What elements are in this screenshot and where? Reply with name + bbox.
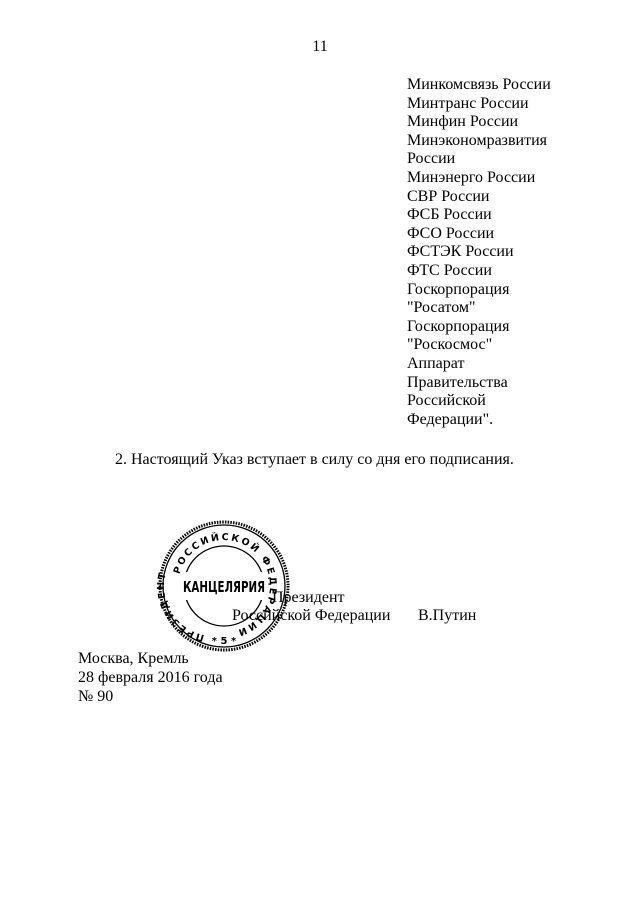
official-stamp: РОССИЙСКОЙ ФЕДЕРАЦИИ ПРЕЗИДЕНТ КАНЦЕЛЯРИ… (156, 518, 292, 654)
recipient-item: ФСТЭК России (407, 243, 551, 262)
page-number: 11 (0, 37, 640, 57)
stamp-center-text: КАНЦЕЛЯРИЯ (183, 578, 265, 596)
recipient-item: ФСО России (407, 225, 551, 244)
recipient-item: Минтранс России (407, 95, 551, 114)
recipient-item: Аппарат (407, 355, 551, 374)
signature-name: В.Путин (418, 606, 476, 626)
recipient-item: Минфин России (407, 113, 551, 132)
recipient-item: СВР России (407, 188, 551, 207)
recipient-item: России (407, 150, 551, 169)
recipient-item: Госкорпорация (407, 318, 551, 337)
recipient-item: Минэнерго России (407, 169, 551, 188)
recipient-item: ФСБ России (407, 206, 551, 225)
recipients-list: Минкомсвязь России Минтранс России Минфи… (407, 76, 551, 429)
footer-block: Москва, Кремль 28 февраля 2016 года № 90 (78, 649, 223, 706)
recipient-item: "Роскосмос" (407, 336, 551, 355)
place: Москва, Кремль (78, 649, 223, 668)
recipient-item: Федерации". (407, 411, 551, 430)
recipient-item: Минэкономразвития (407, 132, 551, 151)
recipient-item: ФТС России (407, 262, 551, 281)
clause-paragraph: 2. Настоящий Указ вступает в силу со дня… (115, 450, 514, 470)
recipient-item: Правительства (407, 374, 551, 393)
recipient-item: Минкомсвязь России (407, 76, 551, 95)
decree-number: № 90 (78, 687, 223, 706)
recipient-item: "Росатом" (407, 299, 551, 318)
date: 28 февраля 2016 года (78, 668, 223, 687)
recipient-item: Госкорпорация (407, 281, 551, 300)
stamp-bottom-text: * 5 * (212, 636, 237, 647)
recipient-item: Российской (407, 392, 551, 411)
